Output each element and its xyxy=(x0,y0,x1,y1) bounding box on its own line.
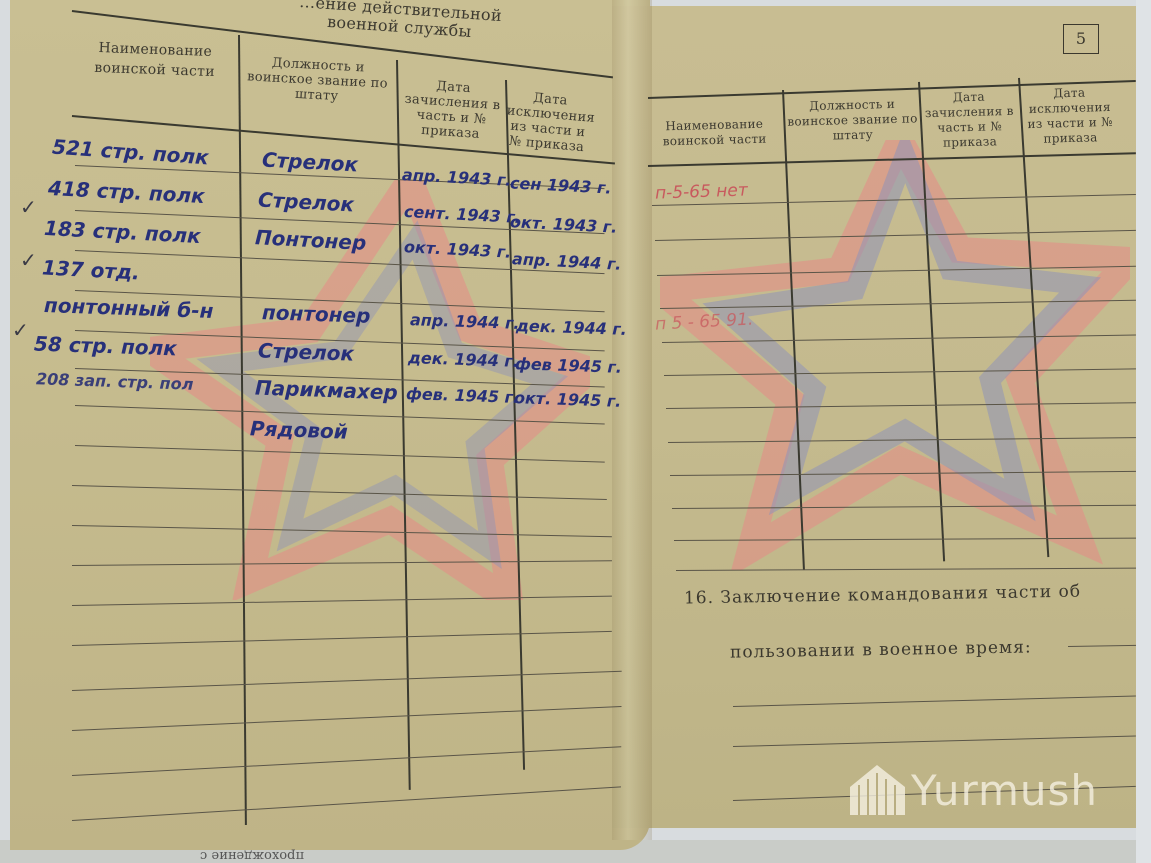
right-col-header-enrolled: Дата зачисления в часть и № приказа xyxy=(921,89,1018,151)
left-col-header-position: Должность и воинское звание по штату xyxy=(244,54,391,107)
left-col-header-unit: Наименование воинской части xyxy=(74,37,235,83)
excluded-cell: фев 1945 г. xyxy=(515,354,623,377)
enrolled-cell: апр. 1944 г. xyxy=(410,310,520,333)
position-cell: Рядовой xyxy=(250,416,349,443)
left-col-header-excluded: Дата исключения из части и № приказа xyxy=(504,88,594,155)
check-mark-1: ✓ xyxy=(20,195,37,219)
left-col-header-enrolled: Дата зачисления в часть и № приказа xyxy=(400,77,504,144)
position-cell: Стрелок xyxy=(261,148,358,177)
page-number: 5 xyxy=(1063,24,1099,54)
position-cell: Парикмахер xyxy=(255,376,399,405)
background-notebook xyxy=(1136,0,1151,863)
right-col-header-unit: Наименование воинской части xyxy=(652,116,778,149)
excluded-cell: дек. 1944 г. xyxy=(516,316,627,339)
watermark-text: Yurmush xyxy=(911,766,1098,815)
book-spine xyxy=(612,0,652,840)
excluded-cell: окт. 1945 г. xyxy=(514,388,622,411)
enrolled-cell: дек. 1944 г. xyxy=(408,348,519,371)
right-col-header-position: Должность и воинское звание по штату xyxy=(784,96,920,145)
unit-cell: 58 стр. полк xyxy=(34,332,178,361)
unit-cell: 137 отд. xyxy=(41,255,140,284)
position-cell: Стрелок xyxy=(257,188,354,217)
right-col-header-excluded: Дата исключения из части и № приказа xyxy=(1019,85,1121,148)
red-note-1: п-5-65 нет xyxy=(655,180,748,203)
position-cell: Стрелок xyxy=(258,338,355,365)
enrolled-cell: фев. 1945 г. xyxy=(406,384,520,407)
upside-down-print: прохождение с xyxy=(200,848,304,863)
check-mark-2: ✓ xyxy=(20,248,37,272)
position-cell: понтонер xyxy=(262,300,371,328)
house-logo-icon xyxy=(850,765,905,815)
watermark: Yurmush xyxy=(850,765,1098,815)
check-mark-3: ✓ xyxy=(12,318,29,342)
